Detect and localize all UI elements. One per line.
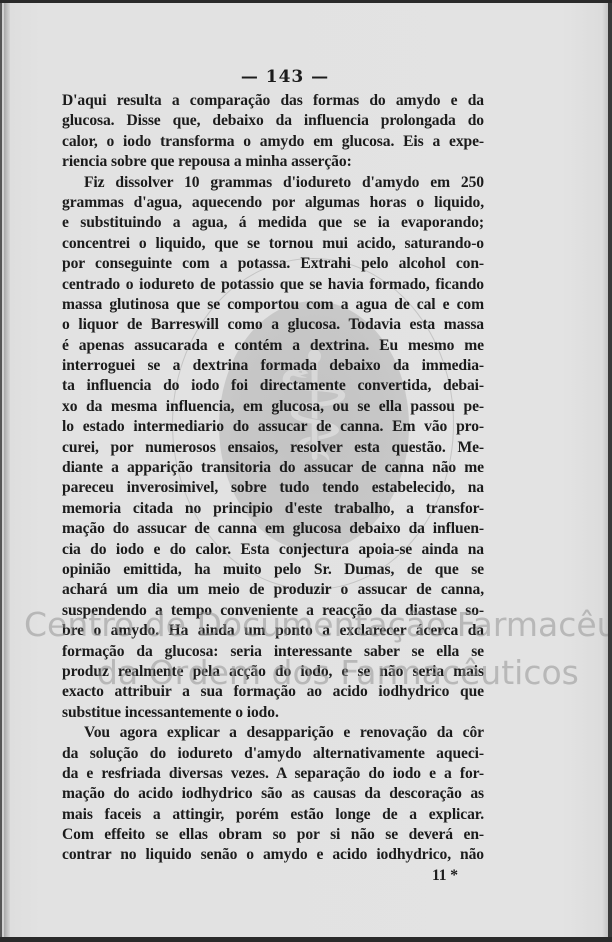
text-line: concentrei o liquido, que se tornou mui …: [62, 234, 484, 254]
text-line: substitue incessantemente o iodo.: [62, 703, 484, 723]
text-line: mação do acido iodhydrico são as causas …: [62, 784, 484, 804]
text-line: xo da mesma influencia, em glucosa, ou s…: [62, 397, 484, 417]
text-line: opinião emittida, ha muito pelo Sr. Duma…: [62, 560, 484, 580]
page-spine-shadow: [4, 3, 10, 937]
signature-mark: 11 *: [62, 866, 484, 886]
text-line: contrar no liquido senão o amydo e acido…: [62, 845, 484, 865]
text-line: interroguei se a dextrina formada debaix…: [62, 356, 484, 376]
text-line: mação do assucar de canna em glucosa deb…: [62, 519, 484, 539]
text-line: centrado o iodureto de potassio que se h…: [62, 275, 484, 295]
scanned-page: ⚕ — 143 — D'aqui resulta a comparação da…: [0, 3, 608, 937]
text-line: ta influencia do iodo foi directamente c…: [62, 376, 484, 396]
text-line: mais faceis a attingir, porém estão long…: [62, 805, 484, 825]
text-line: glucosa. Disse que, debaixo da influenci…: [62, 111, 484, 131]
text-line: o liquor de Barreswill como a glucosa. T…: [62, 315, 484, 335]
text-line: riencia sobre que repousa a minha asserç…: [62, 152, 484, 172]
text-line: diante a apparição transitoria do assuca…: [62, 458, 484, 478]
page-body: — 143 — D'aqui resulta a comparação das …: [62, 65, 484, 886]
watermark-text-line1: Centro de Documentação Farmacêutica: [24, 605, 612, 644]
text-line: D'aqui resulta a comparação das formas d…: [62, 91, 484, 111]
text-line: por conseguinte com a potassa. Extrahi p…: [62, 254, 484, 274]
text-line: calor, o iodo transforma o amydo em gluc…: [62, 132, 484, 152]
text-line: Com effeito se ellas obram so por si não…: [62, 825, 484, 845]
page-number: — 143 —: [86, 65, 484, 91]
text-line: cia do iodo e do calor. Esta conjectura …: [62, 540, 484, 560]
text-line: achará um dia um meio de produzir o assu…: [62, 580, 484, 600]
text-line: e substituindo a agua, á medida que se i…: [62, 213, 484, 233]
text-line: pareceu inverosimivel, sobre tudo tendo …: [62, 478, 484, 498]
paragraph-start-line: Vou agora explicar a desapparição e reno…: [62, 723, 484, 743]
text-line: massa glutinosa que se comportou com a a…: [62, 295, 484, 315]
text-line: da solução do iodureto d'amydo alternati…: [62, 744, 484, 764]
text-line: curei, por numerosos ensaios, resolver e…: [62, 438, 484, 458]
text-line: lo estado intermediario do assucar de ca…: [62, 417, 484, 437]
text-line: grammas d'agua, aquecendo por algumas ho…: [62, 193, 484, 213]
text-line: memoria citada no principio d'este traba…: [62, 499, 484, 519]
watermark-text-line2: da Ordem dos Farmacêuticos: [97, 653, 579, 692]
text-line: da e resfriada diversas vezes. A separaç…: [62, 764, 484, 784]
text-line: é apenas assucarada e contém a dextrina.…: [62, 336, 484, 356]
paragraph-start-line: Fiz dissolver 10 grammas d'iodureto d'am…: [62, 173, 484, 193]
